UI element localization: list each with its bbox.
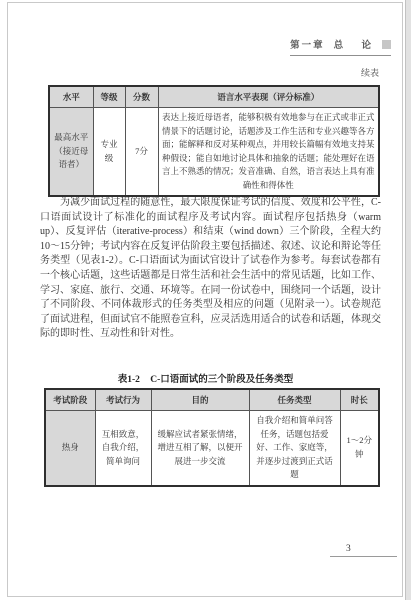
- chapter-title: 总 论: [334, 37, 379, 51]
- stage-cell: 热身: [45, 411, 95, 486]
- behavior-cell: 互相致意，自我介绍，简单询问: [95, 411, 151, 486]
- interview-stages-table: 考试阶段 考试行为 目的 任务类型 时长 热身 互相致意，自我介绍，简单询问 缓…: [44, 388, 380, 487]
- table2-caption-label: 表1-2: [118, 375, 140, 385]
- col-header-purpose: 目的: [151, 389, 249, 411]
- body-paragraph: 为减少面试过程的随意性，最大限度保证考试的信度、效度和公平性，C-口语面试设计了…: [40, 196, 381, 342]
- table-header-row: 水平 等级 分数 语言水平表现（评分标准）: [49, 86, 379, 108]
- score-cell: 7分: [125, 108, 158, 197]
- level-cell: 最高水平（接近母语者）: [49, 108, 93, 197]
- col-header-duration: 时长: [340, 389, 379, 411]
- col-header-behavior: 考试行为: [95, 389, 151, 411]
- col-header-level: 水平: [49, 86, 93, 108]
- table-row: 热身 互相致意，自我介绍，简单询问 缓解应试者紧张情绪，增进互相了解，以便开展进…: [45, 411, 379, 486]
- footer-rule: 3: [330, 544, 397, 557]
- col-header-performance: 语言水平表现（评分标准）: [158, 86, 379, 108]
- col-header-stage: 考试阶段: [45, 389, 95, 411]
- col-header-grade: 等级: [93, 86, 125, 108]
- task-type-cell: 自我介绍和简单问答任务，话题包括爱好、工作、家庭等，并逐步过渡到正式话题: [249, 411, 340, 486]
- duration-cell: 1～2分钟: [340, 411, 379, 486]
- col-header-score: 分数: [125, 86, 158, 108]
- table2-caption: 表1-2 C-口语面试的三个阶段及任务类型: [0, 371, 411, 385]
- table-row: 最高水平（接近母语者） 专业级 7分 表达上接近母语者，能够积极有效地参与在正式…: [49, 108, 379, 197]
- page-scan-edge: [405, 0, 411, 600]
- page-number: 3: [346, 544, 351, 554]
- table2-caption-title: C-口语面试的三个阶段及任务类型: [150, 375, 293, 385]
- grade-cell: 专业级: [93, 108, 125, 197]
- purpose-cell: 缓解应试者紧张情绪，增进互相了解，以便开展进一步交流: [151, 411, 249, 486]
- table-header-row: 考试阶段 考试行为 目的 任务类型 时长: [45, 389, 379, 411]
- running-head: 第一章 总 论: [290, 37, 391, 56]
- chapter-number: 第一章: [290, 37, 325, 51]
- score-criteria-table: 水平 等级 分数 语言水平表现（评分标准） 最高水平（接近母语者） 专业级 7分…: [48, 85, 380, 197]
- header-square-ornament-icon: [382, 40, 391, 49]
- continued-table-label: 续表: [361, 66, 379, 79]
- performance-description-cell: 表达上接近母语者，能够积极有效地参与在正式或非正式情景下的话题讨论，话题涉及工作…: [158, 108, 379, 197]
- col-header-task-type: 任务类型: [249, 389, 340, 411]
